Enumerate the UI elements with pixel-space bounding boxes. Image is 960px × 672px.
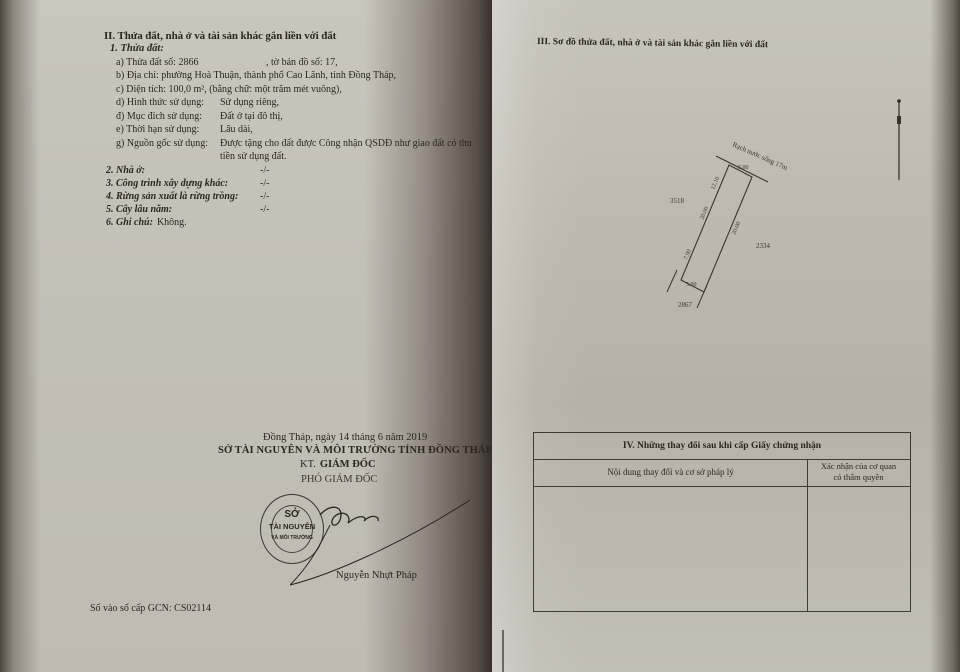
authority-confirmation-cell [808,487,910,611]
signature-date: Đồng Tháp, ngày 14 tháng 6 năm 2019 [263,432,427,443]
land-row-origin-cont: tiền sử dụng đất. [220,151,287,162]
signer-name: Nguyễn Nhựt Pháp [336,570,417,581]
land-row-address: b) Địa chỉ: phường Hoà Thuận, thành phố … [116,70,396,81]
changes-table: IV. Những thay đổi sau khi cấp Giấy chứn… [533,432,911,612]
land-row-purpose: đ) Mục đích sử dụng:Đất ở tại đô thị, [116,111,283,122]
item-perennial-trees: 5. Cây lâu năm: -/- [106,204,172,215]
item-house: 2. Nhà ở: -/- [106,165,145,176]
item-note: 6. Ghi chú:Không. [106,217,187,228]
svg-text:3518: 3518 [670,197,685,205]
land-heading: 1. Thửa đất: [110,43,164,54]
signature-title: KT.GIÁM ĐỐC [300,459,376,470]
svg-text:2334: 2334 [756,242,771,250]
land-row-term: e) Thời hạn sử dụng:Lâu dài, [116,124,253,135]
col-header-authority-confirmation: Xác nhận của cơ quan có thẩm quyền [807,461,910,483]
signature-role: PHÓ GIÁM ĐỐC [301,474,377,485]
land-row-area: c) Diện tích: 100,0 m², (bằng chữ: một t… [116,84,342,95]
changes-content-cell [534,487,807,611]
svg-text:5.00: 5.00 [686,282,697,288]
section-2-title: II. Thửa đất, nhà ở và tài sản khác gắn … [104,30,336,42]
col-header-change-content: Nội dung thay đổi và cơ sở pháp lý [534,459,807,486]
svg-text:2867: 2867 [678,301,693,309]
item-other-construction: 3. Công trình xây dựng khác: -/- [106,178,228,189]
left-page: II. Thửa đất, nhà ở và tài sản khác gắn … [0,0,492,672]
issuing-organization: SỞ TÀI NGUYÊN VÀ MÔI TRƯỜNG TỈNH ĐỒNG TH… [218,445,492,456]
binder-edge [502,630,504,672]
parcel-diagram: Rạch nước sống 17m 5.00 12.10 20.00 20.0… [640,140,840,320]
registration-number: Số vào sổ cấp GCN: CS02114 [90,603,211,614]
north-arrow-icon [893,96,905,180]
land-row-origin: g) Nguồn gốc sử dụng:Được tặng cho đất đ… [116,138,472,149]
svg-text:5.00: 5.00 [738,165,749,171]
land-row-usage-form: d) Hình thức sử dụng:Sử dụng riêng, [116,97,279,108]
item-production-forest: 4. Rừng sản xuất là rừng trồng: -/- [106,191,238,202]
changes-table-title: IV. Những thay đổi sau khi cấp Giấy chứn… [534,433,910,460]
land-row-parcel: a) Thửa đất số: 2866, tờ bản đồ số: 17, [116,57,338,68]
changes-table-header-row: Nội dung thay đổi và cơ sở pháp lý Xác n… [534,459,910,487]
